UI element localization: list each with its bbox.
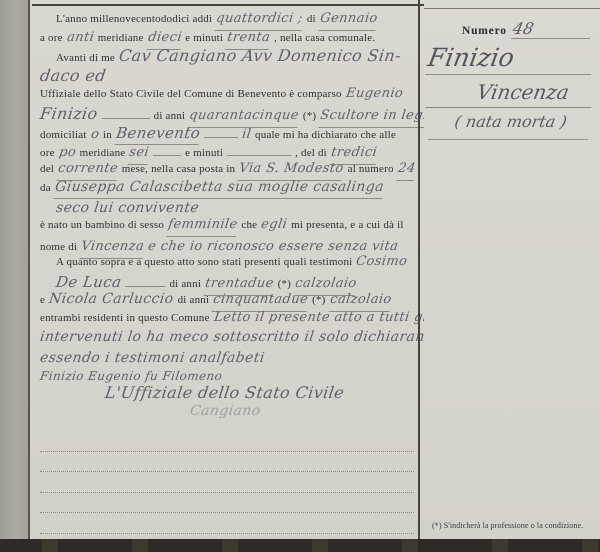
form-line: entrambi residenti in questo ComuneLetto…: [40, 309, 414, 328]
handwritten-text: Gennaio: [318, 10, 378, 31]
form-line: daco ed: [40, 66, 414, 85]
ruled-line: [40, 493, 414, 514]
form-body: L'anno millenovecentododici addìquattord…: [40, 10, 414, 421]
handwritten-text: Nicola Carluccio: [48, 290, 175, 309]
handwritten-text: daco ed: [39, 67, 108, 86]
printed-text: (*): [303, 107, 316, 126]
form-line: è nato un bambino di sessofemminilecheeg…: [40, 216, 414, 235]
ruled-line: [40, 431, 414, 452]
margin-annotation: ( nata morta ): [428, 112, 593, 140]
handwritten-text: intervenuti lo ha meco sottoscritto il s…: [39, 328, 441, 347]
handwritten-text: Giuseppa Calascibetta sua moglie casalin…: [53, 178, 385, 199]
birth-record-document: L'anno millenovecentododici addìquattord…: [0, 0, 600, 552]
handwritten-text: Eugenio: [344, 85, 404, 104]
form-line: eNicola Carlucciodi annicinquantadue(*)c…: [40, 290, 414, 309]
form-line: essendo i testimoni analfabeti: [40, 346, 414, 365]
printed-text: da: [40, 179, 51, 198]
form-line: nome diVincenzae che io riconosco essere…: [40, 234, 414, 253]
handwritten-text: essendo i testimoni analfabeti: [39, 349, 266, 368]
ruled-line: [40, 472, 414, 493]
form-line: a oreantimeridianediecie minutitrenta, n…: [40, 29, 414, 48]
blank-line: [125, 272, 165, 287]
handwritten-text: sei: [128, 144, 151, 165]
printed-text: mi presenta, e a cui dà il: [291, 216, 403, 235]
printed-text: in: [103, 126, 112, 145]
printed-text: e: [40, 291, 45, 310]
form-line: daGiuseppa Calascibetta sua moglie casal…: [40, 178, 414, 197]
printed-text: a ore: [40, 29, 63, 48]
handwritten-text: quattordici ;: [215, 10, 304, 31]
form-line: intervenuti lo ha meco sottoscritto il s…: [40, 328, 414, 347]
form-line: Avanti di meCav Cangiano Avv Domenico Si…: [40, 47, 414, 66]
margin-column: Numero 48 Finizio Vincenza ( nata morta …: [424, 0, 600, 539]
form-line: Uffiziale dello Stato Civile del Comune …: [40, 85, 414, 104]
printed-text: L'anno millenovecentododici addì: [56, 10, 212, 29]
margin-surname: Finizio: [425, 43, 597, 75]
handwritten-text: Cosimo: [355, 253, 409, 272]
printed-text: Uffiziale dello Stato Civile del Comune …: [40, 85, 342, 104]
form-line: seco lui convivente: [40, 197, 414, 216]
record-number-label: Numero: [462, 25, 507, 37]
handwritten-text: quarantacinque: [188, 107, 300, 128]
printed-text: meridiane: [98, 29, 144, 48]
handwritten-text: femminile: [167, 216, 239, 237]
paper: L'anno millenovecentododici addìquattord…: [30, 0, 600, 539]
handwritten-text: Benevento: [114, 124, 201, 145]
printed-text: di: [307, 10, 316, 29]
form-line: Finiziodi anniquarantacinque(*)Scultore …: [40, 103, 414, 122]
handwritten-text: Letto il presente atto a tutti gl': [212, 309, 432, 328]
ruled-line: [40, 452, 414, 473]
handwritten-text: Finizio: [39, 105, 99, 124]
footnote: (*) S'indicherà la professione o la cond…: [432, 521, 597, 530]
printed-text: è nato un bambino di sesso: [40, 216, 164, 235]
printed-text: entrambi residenti in questo Comune: [40, 309, 210, 328]
blank-line: [102, 103, 150, 118]
record-number-row: Numero 48: [462, 19, 592, 39]
printed-text: che: [241, 216, 257, 235]
form-line: De Lucadi annitrentadue(*)calzolaio: [40, 272, 414, 291]
printed-text: del: [40, 160, 54, 179]
photo-left-edge: [0, 0, 30, 539]
handwritten-text: De Luca: [55, 273, 123, 292]
form-line: L'anno millenovecentododici addìquattord…: [40, 10, 414, 29]
handwritten-text: egli: [260, 216, 289, 235]
margin-given-name: Vincenza: [425, 77, 596, 108]
handwritten-text: Cangiano: [188, 402, 261, 421]
form-line: L'Uffiziale dello Stato Civile: [40, 384, 414, 403]
handwritten-text: 24: [396, 160, 416, 181]
form-line: Finizio Eugenio fu Filomeno: [40, 365, 414, 384]
printed-text: di anni: [154, 107, 186, 126]
handwritten-text: L'Uffiziale dello Stato Civile: [104, 384, 346, 403]
form-line: Cangiano: [40, 402, 414, 421]
record-number-value: 48: [511, 19, 594, 39]
handwritten-text: Vincenza: [80, 238, 146, 259]
printed-text: domiciliat: [40, 126, 87, 145]
ruled-lines: [40, 431, 414, 552]
ruled-line: [40, 513, 414, 534]
printed-text: e minuti: [185, 29, 223, 48]
blank-line: [227, 141, 291, 156]
photo-bottom-edge: [0, 539, 600, 552]
printed-text: , nella casa comunale.: [274, 29, 375, 48]
handwritten-text: Cav Cangiano Avv Domenico Sin-: [118, 47, 403, 66]
handwritten-text: anti: [65, 29, 95, 48]
